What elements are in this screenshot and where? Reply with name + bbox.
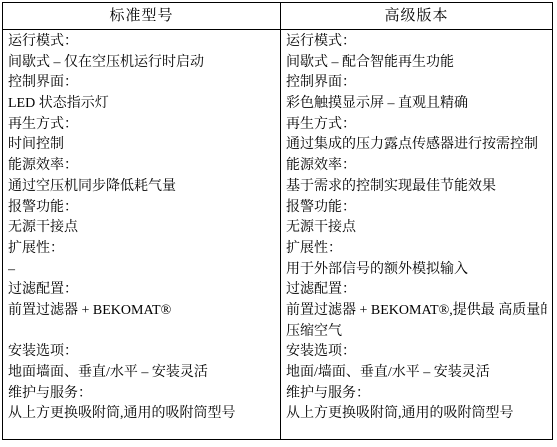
spec-value: 间歇式 – 配合智能再生功能 <box>286 53 547 74</box>
spec-label: 能源效率： <box>286 156 547 177</box>
spec-value: 时间控制 <box>8 135 275 156</box>
column-standard: 标准型号 运行模式：间歇式 – 仅在空压机运行时启动控制界面：LED 状态指示灯… <box>3 3 280 439</box>
comparison-table: 标准型号 运行模式：间歇式 – 仅在空压机运行时启动控制界面：LED 状态指示灯… <box>2 2 553 440</box>
spec-label: 维护与服务： <box>8 384 275 405</box>
spec-value: 彩色触摸显示屏 – 直观且精确 <box>286 94 547 115</box>
spec-spacer <box>8 322 275 343</box>
spec-label: 报警功能： <box>286 198 547 219</box>
spec-label: 再生方式： <box>286 115 547 136</box>
page: 标准型号 运行模式：间歇式 – 仅在空压机运行时启动控制界面：LED 状态指示灯… <box>0 0 557 447</box>
spec-value: 前置过滤器 + BEKOMAT®,提供最 高质量的 <box>286 301 547 322</box>
standard-spec-list: 运行模式：间歇式 – 仅在空压机运行时启动控制界面：LED 状态指示灯再生方式：… <box>3 30 280 439</box>
spec-value: 基于需求的控制实现最佳节能效果 <box>286 177 547 198</box>
spec-label: 再生方式： <box>8 115 275 136</box>
spec-value: 压缩空气 <box>286 322 547 343</box>
spec-label: 安装选项： <box>286 342 547 363</box>
spec-value: 通过空压机同步降低耗气量 <box>8 177 275 198</box>
spec-value: 前置过滤器 + BEKOMAT® <box>8 301 275 322</box>
spec-value: 无源干接点 <box>286 218 547 239</box>
spec-value: 通过集成的压力露点传感器进行按需控制 <box>286 135 547 156</box>
spec-value: 地面/墙面、垂直/水平 – 安装灵活 <box>286 363 547 384</box>
spec-label: 过滤配置： <box>286 280 547 301</box>
column-header-standard: 标准型号 <box>3 3 280 30</box>
premium-spec-list: 运行模式：间歇式 – 配合智能再生功能控制界面：彩色触摸显示屏 – 直观且精确再… <box>281 30 552 439</box>
spec-label: 能源效率： <box>8 156 275 177</box>
spec-value: 从上方更换吸附筒,通用的吸附筒型号 <box>286 404 547 425</box>
spec-value: 地面墙面、垂直/水平 – 安装灵活 <box>8 363 275 384</box>
spec-label: 扩展性： <box>286 239 547 260</box>
spec-label: 过滤配置： <box>8 280 275 301</box>
spec-label: 扩展性： <box>8 239 275 260</box>
spec-value: 间歇式 – 仅在空压机运行时启动 <box>8 53 275 74</box>
spec-value: 无源干接点 <box>8 218 275 239</box>
spec-value: 用于外部信号的额外模拟输入 <box>286 260 547 281</box>
spec-label: 控制界面： <box>286 73 547 94</box>
column-premium: 高级版本 运行模式：间歇式 – 配合智能再生功能控制界面：彩色触摸显示屏 – 直… <box>280 3 552 439</box>
spec-value: – <box>8 260 275 281</box>
spec-value: 从上方更换吸附筒,通用的吸附筒型号 <box>8 404 275 425</box>
spec-label: 运行模式： <box>8 32 275 53</box>
spec-value: LED 状态指示灯 <box>8 94 275 115</box>
spec-label: 维护与服务： <box>286 384 547 405</box>
spec-label: 安装选项： <box>8 342 275 363</box>
spec-label: 控制界面： <box>8 73 275 94</box>
column-header-premium: 高级版本 <box>281 3 552 30</box>
spec-label: 运行模式： <box>286 32 547 53</box>
spec-label: 报警功能： <box>8 198 275 219</box>
